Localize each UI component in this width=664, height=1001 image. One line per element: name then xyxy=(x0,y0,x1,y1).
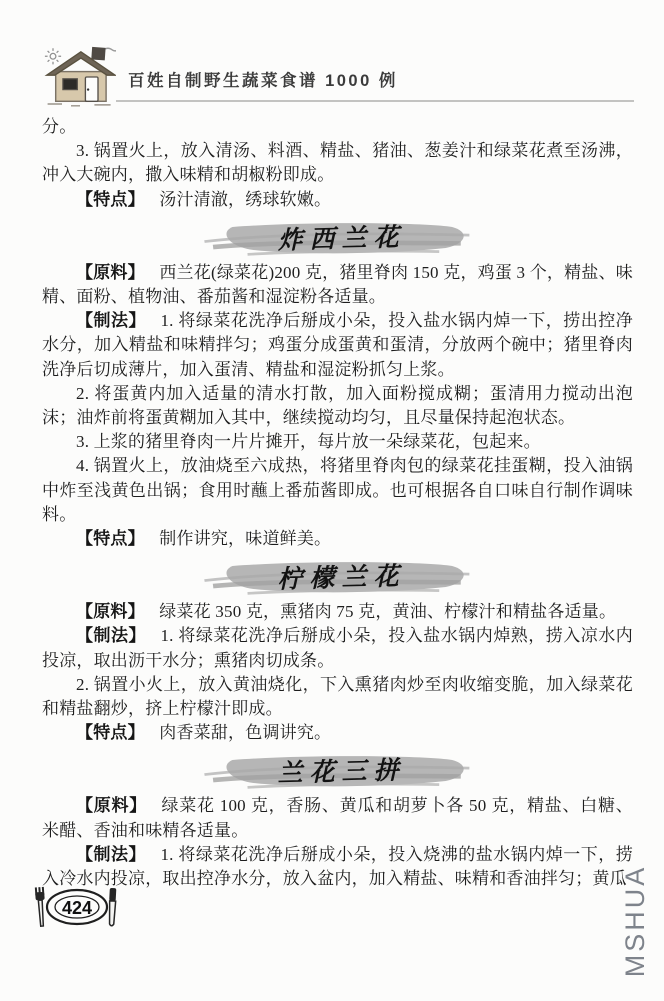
sun-icon xyxy=(45,48,61,64)
recipe-title-block-3: 兰花三拼 xyxy=(198,749,478,791)
ingredients-paragraph: 【原料】西兰花(绿菜花)200 克，猪里脊肉 150 克，鸡蛋 3 个，精盐、味… xyxy=(42,261,633,309)
page-body: 分。 3. 锅置火上，放入清汤、料酒、精盐、猪油、葱姜汁和绿菜花煮至汤沸，冲入大… xyxy=(0,102,664,891)
plate-icon: 424 xyxy=(30,884,122,934)
ingredients-text: 绿菜花 350 克，熏猪肉 75 克，黄油、柠檬汁和精盐各适量。 xyxy=(159,602,616,621)
feature-text: 肉香菜甜，色调讲究。 xyxy=(159,723,331,742)
feature-label: 【特点】 xyxy=(76,723,145,742)
recipe-title-block-2: 柠檬兰花 xyxy=(198,555,478,597)
method-step: 2. 将蛋黄内加入适量的清水打散，加入面粉搅成糊；蛋清用力搅动出泡沫；油炸前将蛋… xyxy=(42,382,633,430)
feature-text: 汤汁清澈，绣球软嫩。 xyxy=(159,190,331,209)
recipe-title: 兰花三拼 xyxy=(197,746,478,795)
book-title: 百姓自制野生蔬菜食谱 1000 例 xyxy=(128,72,398,90)
method-label: 【制法】 xyxy=(76,626,146,645)
header-rule: 百姓自制野生蔬菜食谱 1000 例 xyxy=(116,67,634,102)
feature-label: 【特点】 xyxy=(76,529,145,548)
page-header: 百姓自制野生蔬菜食谱 1000 例 xyxy=(0,0,664,102)
method-step: 3. 上浆的猪里脊肉一片片摊开，每片放一朵绿菜花，包起来。 xyxy=(42,430,633,454)
carryover-tail: 分。 xyxy=(42,115,633,139)
feature-text: 制作讲究，味道鲜美。 xyxy=(159,529,331,548)
carryover-feature: 【特点】汤汁清澈，绣球软嫩。 xyxy=(42,188,633,212)
method-paragraph: 【制法】1. 将绿菜花洗净后掰成小朵，投入盐水锅内焯一下，捞出控净水分，加入精盐… xyxy=(42,309,633,382)
method-paragraph: 【制法】1. 将绿菜花洗净后掰成小朵，投入烧沸的盐水锅内焯一下，捞入冷水内投凉，… xyxy=(42,843,633,891)
ingredients-paragraph: 【原料】绿菜花 100 克，香肠、黄瓜和胡萝卜各 50 克，精盐、白糖、米醋、香… xyxy=(42,794,633,842)
ingredients-paragraph: 【原料】绿菜花 350 克，熏猪肉 75 克，黄油、柠檬汁和精盐各适量。 xyxy=(42,600,633,624)
watermark-text: MSHUA xyxy=(618,862,652,980)
method-paragraph: 【制法】1. 将绿菜花洗净后掰成小朵，投入盐水锅内焯熟，捞入凉水内投凉，取出沥干… xyxy=(42,624,633,672)
method-label: 【制法】 xyxy=(76,311,146,330)
book-page: 百姓自制野生蔬菜食谱 1000 例 分。 3. 锅置火上，放入清汤、料酒、精盐、… xyxy=(0,0,664,1001)
ingredients-label: 【原料】 xyxy=(76,602,145,621)
knife-icon xyxy=(108,888,116,926)
recipe-title: 柠檬兰花 xyxy=(197,552,478,601)
carryover-step: 3. 锅置火上，放入清汤、料酒、精盐、猪油、葱姜汁和绿菜花煮至汤沸，冲入大碗内，… xyxy=(42,139,633,187)
method-step: 2. 锅置小火上，放入黄油烧化，下入熏猪肉炒至肉收缩变脆，加入绿菜花和精盐翻炒，… xyxy=(42,673,633,721)
fork-icon xyxy=(35,887,47,927)
ingredients-label: 【原料】 xyxy=(76,796,147,815)
ingredients-label: 【原料】 xyxy=(76,263,145,282)
recipe-title-block-1: 炸西兰花 xyxy=(198,216,478,258)
house-icon xyxy=(44,44,116,115)
method-step: 4. 锅置火上，放油烧至六成热，将猪里脊肉包的绿菜花挂蛋糊，投入油锅中炸至浅黄色… xyxy=(42,454,633,527)
page-footer: 424 xyxy=(30,884,122,934)
page-number: 424 xyxy=(62,898,92,918)
feature-label: 【特点】 xyxy=(76,190,145,209)
recipe-title: 炸西兰花 xyxy=(197,212,478,261)
feature-paragraph: 【特点】肉香菜甜，色调讲究。 xyxy=(42,721,633,745)
method-label: 【制法】 xyxy=(76,845,146,864)
feature-paragraph: 【特点】制作讲究，味道鲜美。 xyxy=(42,527,633,551)
